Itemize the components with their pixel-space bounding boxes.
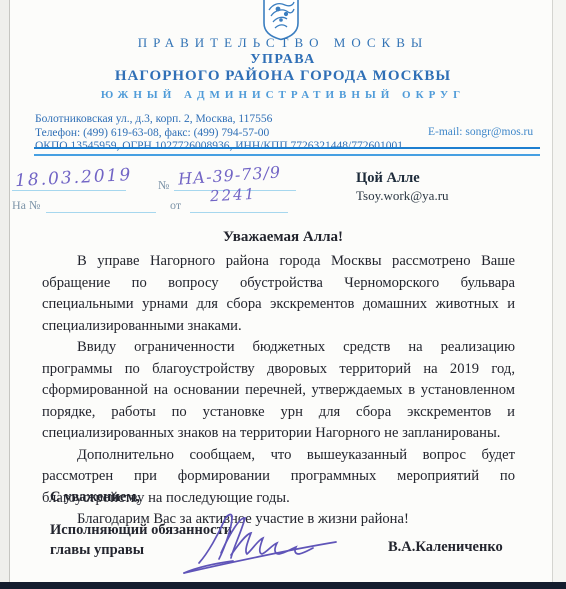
closing-phrase: С уважением,: [50, 489, 140, 506]
handwritten-date: 18.03.2019: [15, 165, 133, 191]
salutation: Уважаемая Алла!: [0, 229, 566, 246]
signer-title-line2: главы управы: [50, 542, 144, 559]
recipient-name: Цой Алле: [356, 170, 420, 187]
handwritten-outgoing-number-2: 2241: [210, 185, 257, 205]
number-label: №: [158, 178, 169, 193]
government-title: ПРАВИТЕЛЬСТВО МОСКВЫ: [0, 35, 566, 51]
recipient-email: Tsoy.work@ya.ru: [356, 188, 449, 204]
org-name-line2: НАГОРНОГО РАЙОНА ГОРОДА МОСКВЫ: [0, 68, 566, 85]
paragraph-1: В управе Нагорного района города Москвы …: [42, 251, 515, 337]
administrative-district: ЮЖНЫЙ АДМИНИСТРАТИВНЫЙ ОКРУГ: [0, 89, 566, 101]
org-name-line1: УПРАВА: [0, 52, 566, 68]
from-date-label: от: [170, 198, 181, 213]
reply-number-blank-line: [46, 212, 156, 213]
from-date-blank-line: [190, 212, 288, 213]
moscow-coat-of-arms-icon: [261, 0, 301, 40]
scan-bottom-edge: [0, 582, 566, 589]
org-phone-line: Телефон: (499) 619-63-08, факс: (499) 79…: [35, 127, 403, 141]
date-underline: [12, 190, 126, 191]
handwritten-signature: [178, 503, 343, 578]
scanned-letter: ПРАВИТЕЛЬСТВО МОСКВЫ УПРАВА НАГОРНОГО РА…: [0, 0, 566, 589]
letterhead-divider: [34, 147, 540, 156]
signer-name: В.А.Калениченко: [388, 539, 503, 556]
reply-to-label: На №: [12, 198, 40, 213]
org-address-line: Болотниковская ул., д.3, корп. 2, Москва…: [35, 113, 403, 127]
handwritten-outgoing-number: НА-39-73/9: [177, 162, 281, 188]
org-email: E-mail: songr@mos.ru: [428, 126, 533, 138]
paragraph-2: Ввиду ограниченности бюджетных средств н…: [42, 337, 515, 445]
